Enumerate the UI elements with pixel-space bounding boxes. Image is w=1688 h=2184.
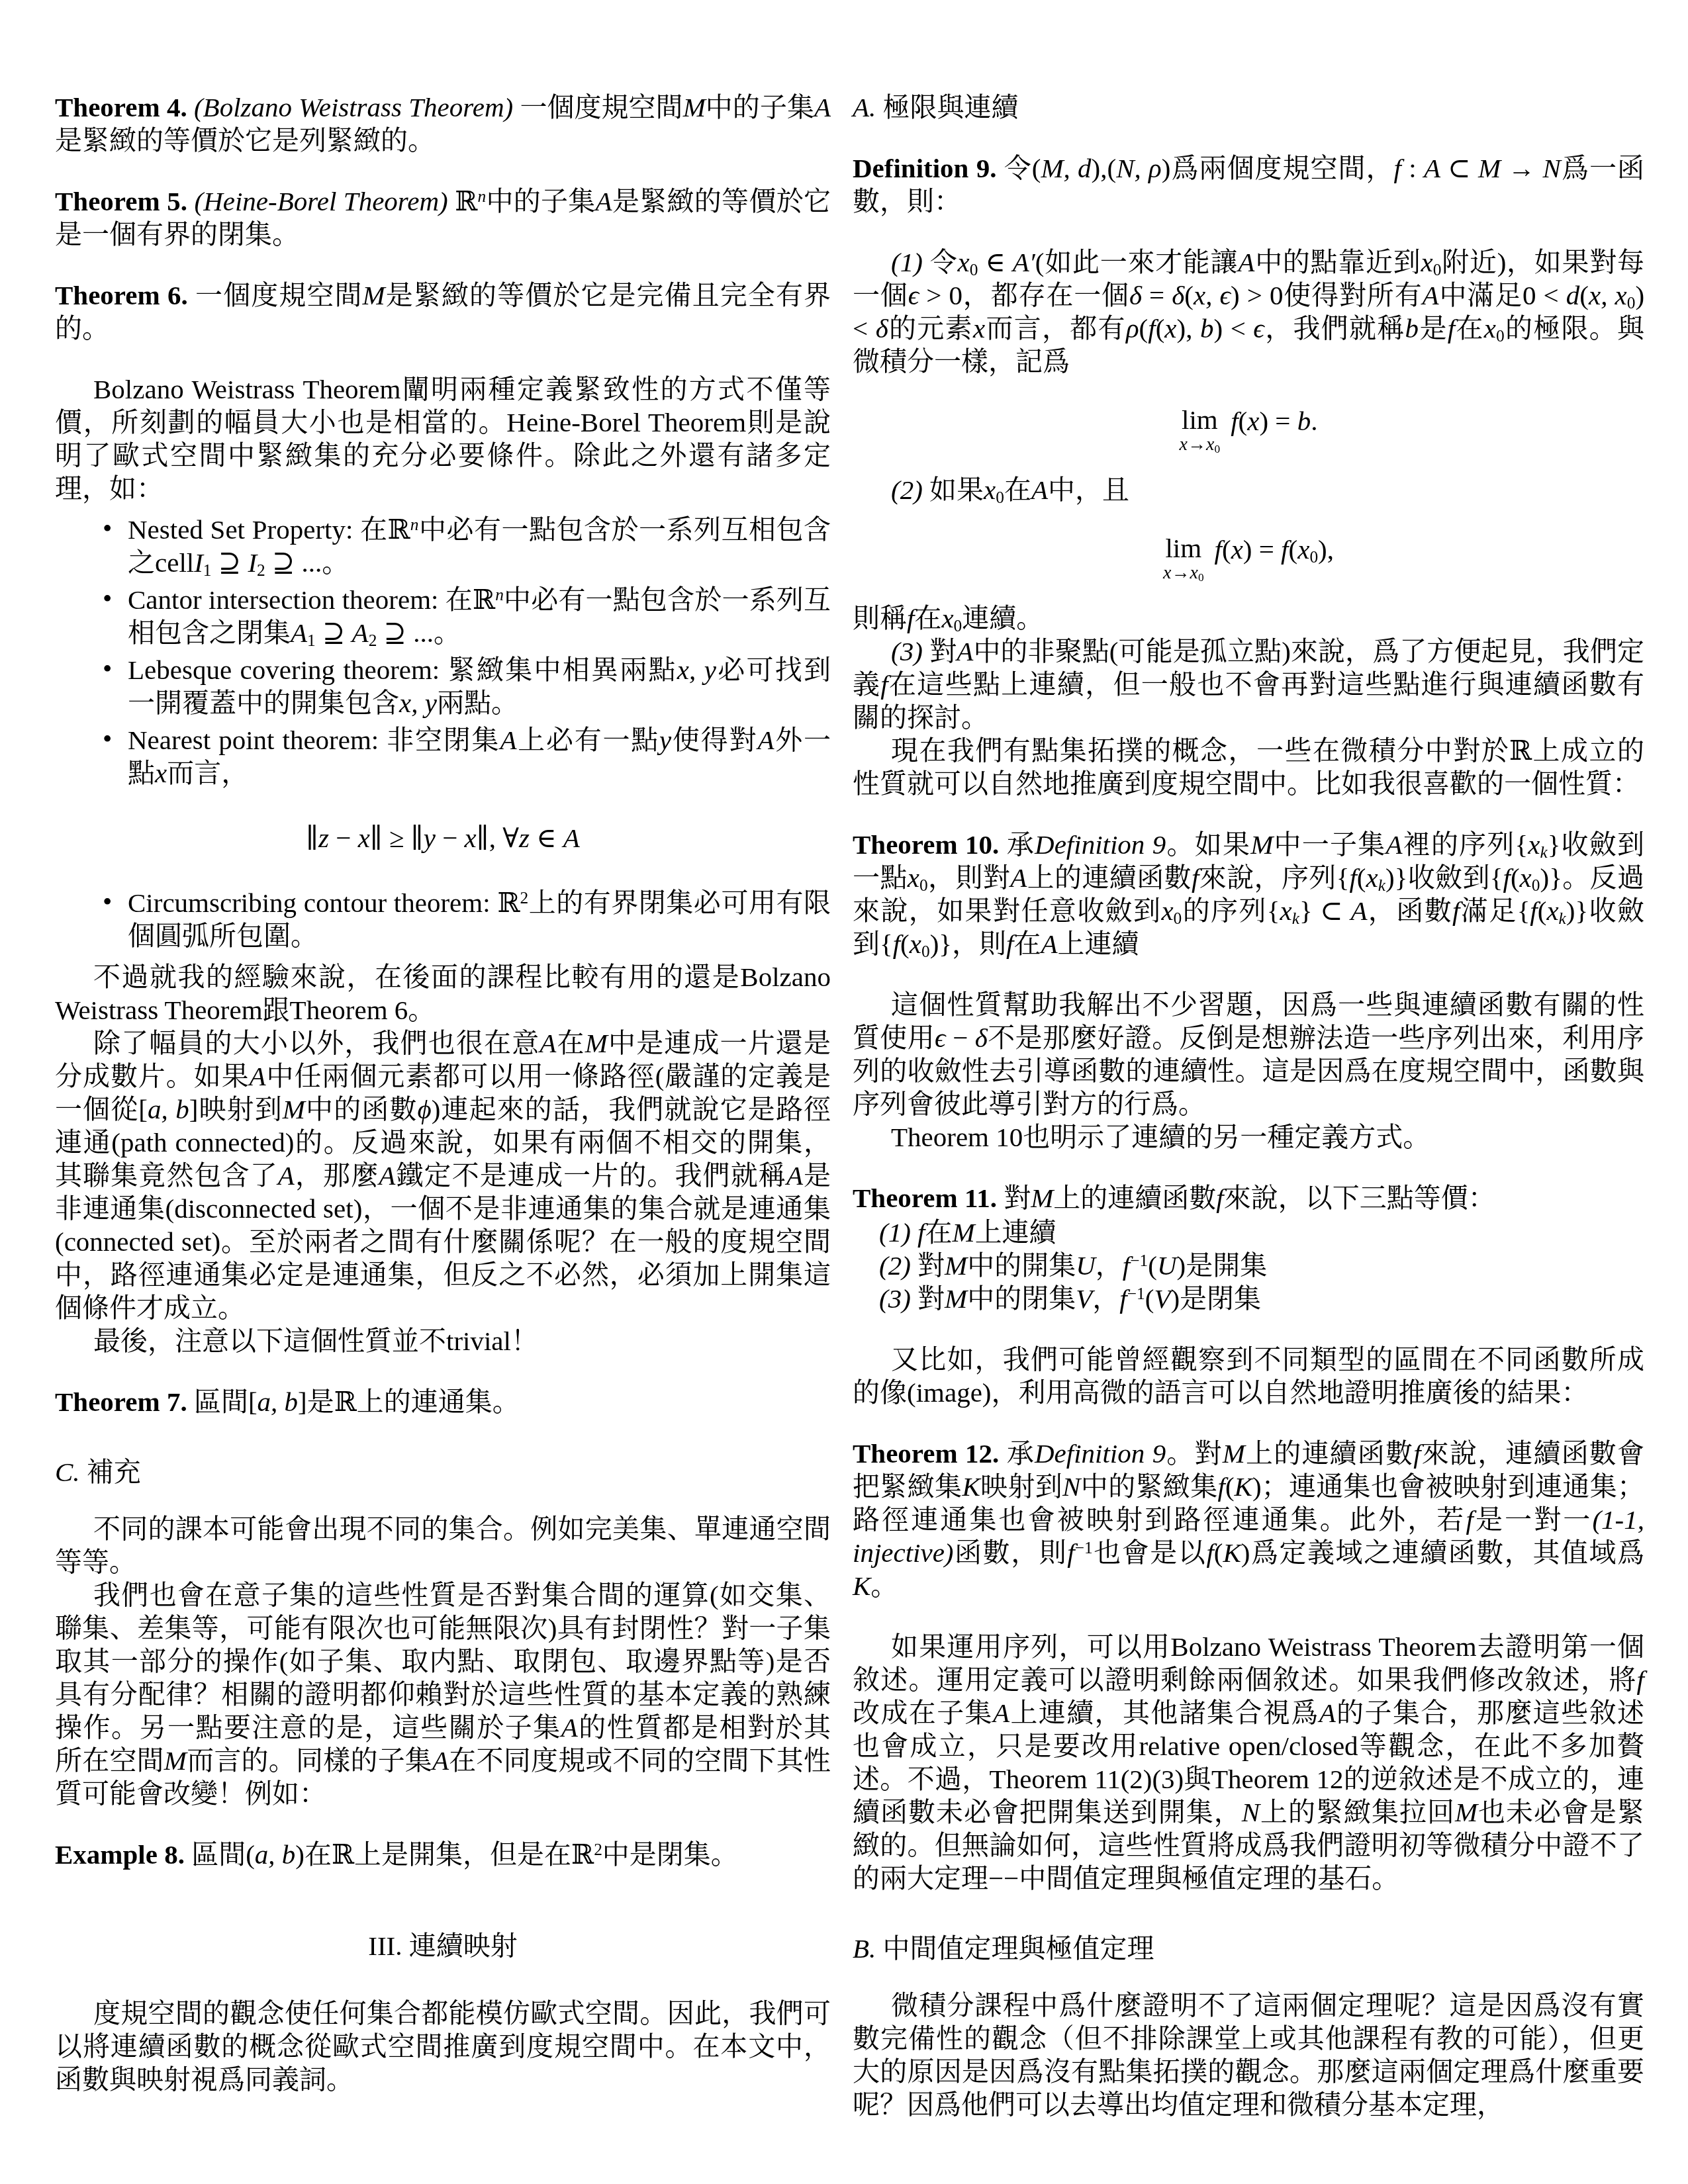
theorem-item: (3) 對M中的閉集V，f−1(V)是閉集 xyxy=(879,1282,1644,1315)
theorem-label: Theorem 7. xyxy=(55,1387,187,1417)
bullet-dot-icon: • xyxy=(103,885,112,918)
bullet-dot-icon: • xyxy=(103,722,112,755)
lim-word: lim xyxy=(1165,533,1201,563)
theorem-5-block: Theorem 5. (Heine-Borel Theorem) ℝn中的子集A… xyxy=(55,185,831,251)
limit-rhs: f(x) = f(x0), xyxy=(1215,533,1334,566)
theorem-10-block: Theorem 10. 承Definition 9。如果M中一子集A裡的序列{x… xyxy=(853,828,1644,960)
theorem-label: Example 8. xyxy=(55,1839,185,1870)
theorem-item: (2) 對M中的開集U，f−1(U)是開集 xyxy=(879,1249,1644,1282)
lim-subscript: x→x0 xyxy=(1163,563,1204,583)
theorem-6-block: Theorem 6. 一個度規空間M是緊緻的等價於它是完備且完全有界的。 xyxy=(55,279,831,345)
paragraph: 除了幅員的大小以外，我們也很在意A在M中是連成一片還是分成數片。如果A中任兩個元… xyxy=(55,1026,831,1324)
paragraph: Bolzano Weistrass Theorem闡明兩種定義緊致性的方式不僅等… xyxy=(55,373,831,505)
theorem-label: Theorem 12. xyxy=(853,1438,999,1469)
subsection-heading: A. 極限與連續 xyxy=(853,91,1644,124)
example-8-block: Example 8. 區間(a, b)在ℝ上是開集，但是在ℝ2中是閉集。 xyxy=(55,1838,831,1871)
theorem-item-list: (1) f在M上連續(2) 對M中的開集U，f−1(U)是開集(3) 對M中的閉… xyxy=(853,1216,1644,1315)
section-heading: III. 連續映射 xyxy=(55,1929,831,1962)
bullet-item: •Circumscribing contour theorem: ℝ2上的有界閉… xyxy=(99,886,831,952)
bullet-item: •Cantor intersection theorem: 在ℝn中必有一點包含… xyxy=(99,583,831,649)
theorem-4-block: Theorem 4. (Bolzano Weistrass Theorem) 一… xyxy=(55,91,831,157)
theorem-label: Theorem 6. xyxy=(55,280,188,310)
paragraph: (1) 令x0 ∈ A′(如此一來才能讓A中的點靠近到x0附近)，如果對每一個ϵ… xyxy=(853,246,1644,378)
paragraph: (2) 如果x0在A中，且 xyxy=(853,473,1644,506)
paragraph: 我們也會在意子集的這些性質是否對集合間的運算(如交集、聯集、差集等，可能有限次也… xyxy=(55,1578,831,1810)
bullet-dot-icon: • xyxy=(103,512,112,545)
theorem-item: (1) f在M上連續 xyxy=(879,1216,1644,1249)
theorem-11-block: Theorem 11. 對M上的連續函數f來說，以下三點等價：(1) f在M上連… xyxy=(853,1181,1644,1315)
limit-operator: limx→x0 xyxy=(1163,533,1204,583)
theorem-7-block: Theorem 7. 區間[a, b]是ℝ上的連通集。 xyxy=(55,1385,831,1418)
document-page: Theorem 4. (Bolzano Weistrass Theorem) 一… xyxy=(0,0,1688,2184)
paragraph: 則稱f在x0連續。 xyxy=(853,602,1644,635)
limit-operator: limx→x0 xyxy=(1180,404,1221,455)
paragraph: 最後，注意以下這個性質並不trivial！ xyxy=(55,1324,831,1357)
paragraph: Theorem 10也明示了連續的另一種定義方式。 xyxy=(853,1120,1644,1154)
paragraph: 現在我們有點集拓撲的概念，一些在微積分中對於ℝ上成立的性質就可以自然地推廣到度規… xyxy=(853,734,1644,800)
paragraph: 微積分課程中爲什麼證明不了這兩個定理呢？這是因爲沒有實數完備性的觀念（但不排除課… xyxy=(853,1989,1644,2121)
display-formula: ∥z − x∥ ≥ ∥y − x∥, ∀z ∈ A xyxy=(55,821,831,854)
theorem-label: Theorem 5. xyxy=(55,186,187,216)
bullet-dot-icon: • xyxy=(103,582,112,615)
theorem-label: Definition 9. xyxy=(853,153,996,183)
left-column: Theorem 4. (Bolzano Weistrass Theorem) 一… xyxy=(55,91,831,2096)
theorem-label: Theorem 4. xyxy=(55,92,187,122)
paragraph: 這個性質幫助我解出不少習題，因爲一些與連續函數有關的性質使用ϵ − δ不是那麼好… xyxy=(853,988,1644,1120)
definition-9-block: Definition 9. 令(M, d),(N, ρ)爲兩個度規空間，f : … xyxy=(853,152,1644,218)
paragraph: 不過就我的經驗來說，在後面的課程比較有用的還是Bolzano Weistrass… xyxy=(55,960,831,1026)
subsection-heading: B. 中間值定理與極值定理 xyxy=(853,1932,1644,1965)
right-column: A. 極限與連續Definition 9. 令(M, d),(N, ρ)爲兩個度… xyxy=(853,91,1644,2121)
theorem-name: (Heine-Borel Theorem) xyxy=(187,186,448,216)
subsection-heading: C. 補充 xyxy=(55,1455,831,1488)
bullet-list: •Circumscribing contour theorem: ℝ2上的有界閉… xyxy=(99,886,831,952)
limit-formula: limx→x0f(x) = f(x0), xyxy=(853,533,1644,583)
bullet-list: •Nested Set Property: 在ℝn中必有一點包含於一系列互相包含… xyxy=(99,513,831,790)
paragraph: (3) 對A中的非聚點(可能是孤立點)來說，爲了方便起見，我們定義f在這些點上連… xyxy=(853,635,1644,734)
paragraph: 如果運用序列，可以用Bolzano Weistrass Theorem去證明第一… xyxy=(853,1630,1644,1895)
bullet-item: •Nested Set Property: 在ℝn中必有一點包含於一系列互相包含… xyxy=(99,513,831,579)
theorem-label: Theorem 11. xyxy=(853,1183,997,1213)
theorem-label: Theorem 10. xyxy=(853,829,999,860)
bullet-item: •Lebesque covering theorem: 緊緻集中相異兩點x, y… xyxy=(99,653,831,719)
theorem-name: (Bolzano Weistrass Theorem) xyxy=(187,92,513,122)
limit-formula: limx→x0f(x) = b. xyxy=(853,404,1644,455)
lim-subscript: x→x0 xyxy=(1180,435,1221,455)
lim-word: lim xyxy=(1182,404,1218,435)
paragraph: 又比如，我們可能曾經觀察到不同類型的區間在不同函數所成的像(image)，利用高… xyxy=(853,1343,1644,1409)
theorem-12-block: Theorem 12. 承Definition 9。對M上的連續函數f來說，連續… xyxy=(853,1437,1644,1602)
limit-rhs: f(x) = b. xyxy=(1231,404,1317,437)
bullet-dot-icon: • xyxy=(103,652,112,685)
paragraph: 不同的課本可能會出現不同的集合。例如完美集、單連通空間等等。 xyxy=(55,1512,831,1578)
bullet-item: •Nearest point theorem: 非空閉集A上必有一點y使得對A外… xyxy=(99,723,831,790)
paragraph: 度規空間的觀念使任何集合都能模仿歐式空間。因此，我們可以將連續函數的概念從歐式空… xyxy=(55,1997,831,2096)
